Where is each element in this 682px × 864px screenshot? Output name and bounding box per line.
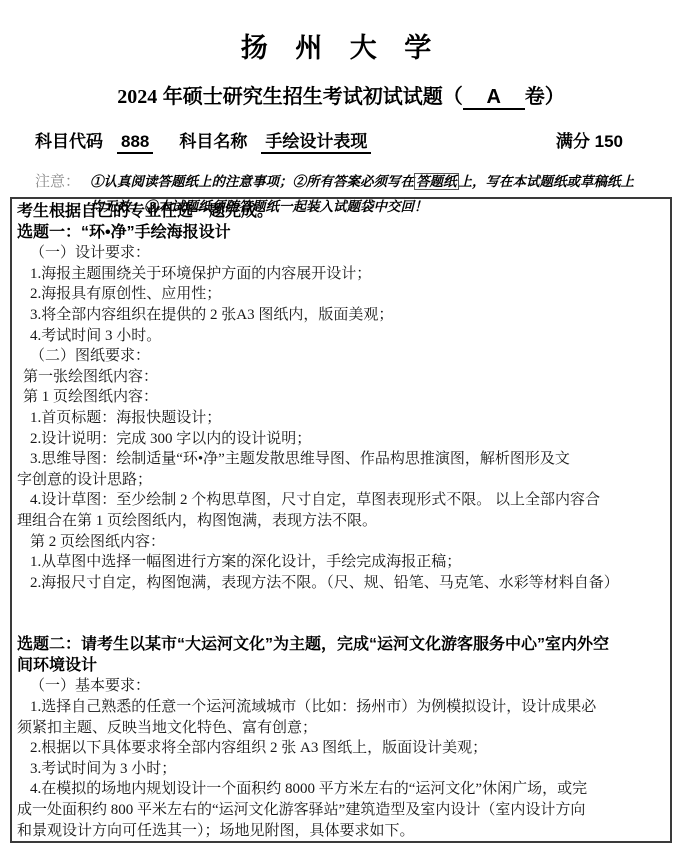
content-line: 4.考试时间 3 小时。 [17, 326, 664, 347]
university-title: 扬 州 大 学 [0, 26, 682, 65]
content-line: 成一处面积约 800 平米左右的“运河文化游客驿站”建筑造型及室内设计（室内设计… [17, 800, 664, 821]
content-line: 第一张绘图纸内容： [17, 367, 664, 388]
content-line: 1.海报主题围绕关于环境保护方面的内容展开设计； [17, 264, 664, 285]
content-line: 4.设计草图：至少绘制 2 个构思草图，尺寸自定，草图表现形式不限。 以上全部内… [17, 490, 664, 511]
content-line: 3.思维导图：绘制适量“环•净”主题发散思维导图、作品构思推演图，解析图形及文 [17, 449, 664, 470]
paper-letter-blank: A [463, 87, 525, 110]
answer-sheet-boxed-term: 答题纸 [414, 173, 459, 190]
exam-title: 2024 年硕士研究生招生考试初试试题（A卷） [0, 80, 682, 110]
subject-code-value: 888 [117, 132, 153, 154]
exam-content-box: 考生根据自己的专业任选一题完成。选题一：“环•净”手绘海报设计（一）设计要求：1… [10, 197, 672, 843]
content-line: （一）基本要求： [17, 676, 664, 697]
content-line: 第 2 页绘图纸内容： [17, 532, 664, 553]
full-score: 满分 150 [556, 127, 623, 152]
content-line: 须紧扣主题、反映当地文化特色、富有创意； [17, 718, 664, 739]
subject-code-label: 科目代码 [35, 127, 103, 152]
content-line: 选题二：请考生以某市“大运河文化”为主题，完成“运河文化游客服务中心”室内外空 [17, 635, 664, 656]
content-line: 2.根据以下具体要求将全部内容组织 2 张 A3 图纸上，版面设计美观； [17, 738, 664, 759]
content-line: 和景观设计方向可任选其一）；场地见附图，具体要求如下。 [17, 821, 664, 842]
content-line: （一）设计要求： [17, 243, 664, 264]
content-line: （二）图纸要求： [17, 346, 664, 367]
full-score-value: 150 [595, 132, 623, 151]
content-line: 1.首页标题：海报快题设计； [17, 408, 664, 429]
subject-row: 科目代码 888 科目名称 手绘设计表现 满分 150 [0, 127, 682, 154]
exam-year: 2024 [117, 86, 157, 108]
notice-line1-text-cont: 上，写在本试题纸或草稿纸上 [459, 174, 635, 189]
content-line: 3.考试时间为 3 小时； [17, 759, 664, 780]
exam-title-suffix: 卷） [525, 86, 565, 108]
content-line: 选题一：“环•净”手绘海报设计 [17, 223, 664, 244]
exam-title-text: 年硕士研究生招生考试初试试题（ [157, 86, 463, 108]
content-line: 2.海报具有原创性、应用性； [17, 284, 664, 305]
content-line: 理组合在第 1 页绘图纸内，构图饱满，表现方法不限。 [17, 511, 664, 532]
content-line: 间环境设计 [17, 656, 664, 677]
notice-line1-text: ①认真阅读答题纸上的注意事项；②所有答案必须写在 [90, 174, 414, 189]
subject-name-value: 手绘设计表现 [261, 127, 371, 154]
full-score-label: 满分 [556, 132, 590, 151]
content-line: 第 1 页绘图纸内容： [17, 387, 664, 408]
exam-paper-page: 扬 州 大 学 2024 年硕士研究生招生考试初试试题（A卷） 科目代码 888… [0, 0, 682, 864]
content-line: 字创意的设计思路； [17, 470, 664, 491]
content-line: 1.从草图中选择一幅图进行方案的深化设计，手绘完成海报正稿； [17, 552, 664, 573]
subject-name-label: 科目名称 [179, 127, 247, 152]
notice-line-1: ①认真阅读答题纸上的注意事项；②所有答案必须写在答题纸上，写在本试题纸或草稿纸上 [90, 169, 634, 194]
content-line: 2.设计说明：完成 300 字以内的设计说明； [17, 429, 664, 450]
content-line: 1.选择自己熟悉的任意一个运河流域城市（比如：扬州市）为例模拟设计，设计成果必 [17, 697, 664, 718]
content-line: 3.将全部内容组织在提供的 2 张A3 图纸内，版面美观； [17, 305, 664, 326]
content-line: 4.在模拟的场地内规划设计一个面积约 8000 平方米左右的“运河文化”休闲广场… [17, 779, 664, 800]
content-line: 考生根据自己的专业任选一题完成。 [17, 202, 664, 223]
content-line: 2.海报尺寸自定，构图饱满，表现方法不限。（尺、规、铅笔、马克笔、水彩等材料自备… [17, 573, 664, 594]
